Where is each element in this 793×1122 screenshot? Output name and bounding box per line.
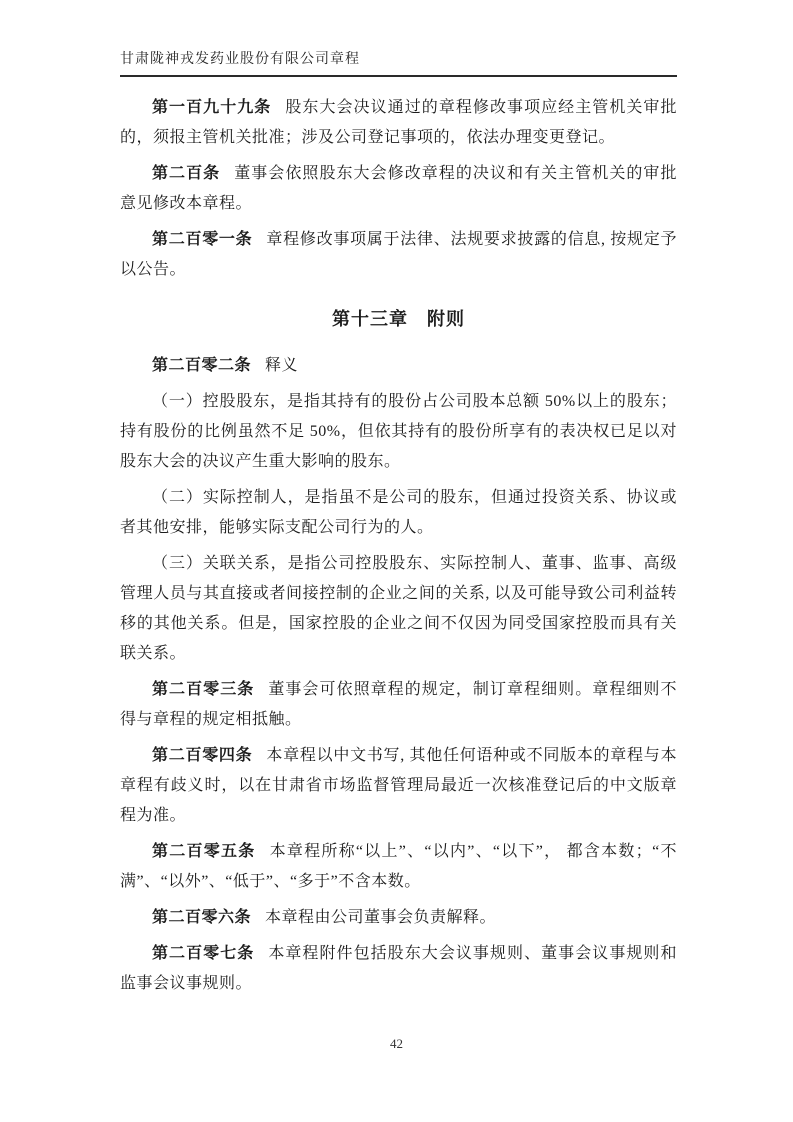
document-body: 第一百九十九条股东大会决议通过的章程修改事项应经主管机关审批的，须报主管机关批准… [120, 93, 677, 999]
article-number: 第一百九十九条 [152, 99, 271, 116]
article-paragraph: 第二百零二条释义 [120, 351, 677, 381]
definition-text: （一）控股股东，是指其持有的股份占公司股本总额 50%以上的股东；持有股份的比例… [120, 393, 677, 470]
article-number: 第二百零六条 [152, 909, 251, 926]
definition-item: （一）控股股东，是指其持有的股份占公司股本总额 50%以上的股东；持有股份的比例… [120, 387, 677, 477]
article-paragraph: 第一百九十九条股东大会决议通过的章程修改事项应经主管机关审批的，须报主管机关批准… [120, 93, 677, 153]
article-paragraph: 第二百零七条本章程附件包括股东大会议事规则、董事会议事规则和监事会议事规则。 [120, 939, 677, 999]
document-page: 甘肃陇神戎发药业股份有限公司章程 第一百九十九条股东大会决议通过的章程修改事项应… [0, 0, 793, 1122]
article-number: 第二百零五条 [152, 843, 256, 860]
chapter-heading: 第十三章 附则 [120, 303, 677, 335]
article-number: 第二百零一条 [152, 231, 252, 248]
definition-text: （二）实际控制人，是指虽不是公司的股东，但通过投资关系、协议或者其他安排，能够实… [120, 489, 677, 536]
article-paragraph: 第二百零三条董事会可依照章程的规定，制订章程细则。章程细则不得与章程的规定相抵触… [120, 675, 677, 735]
document-header: 甘肃陇神戎发药业股份有限公司章程 [120, 0, 677, 77]
article-number: 第二百零三条 [152, 681, 254, 698]
document-header-title: 甘肃陇神戎发药业股份有限公司章程 [120, 52, 360, 67]
page-content: 甘肃陇神戎发药业股份有限公司章程 第一百九十九条股东大会决议通过的章程修改事项应… [120, 0, 677, 999]
article-number: 第二百零七条 [152, 945, 254, 962]
definition-item: （三）关联关系，是指公司控股股东、实际控制人、董事、监事、高级管理人员与其直接或… [120, 549, 677, 669]
definition-item: （二）实际控制人，是指虽不是公司的股东，但通过投资关系、协议或者其他安排，能够实… [120, 483, 677, 543]
page-number: 42 [390, 1036, 403, 1051]
article-number: 第二百零四条 [152, 747, 252, 764]
article-number: 第二百零二条 [152, 357, 251, 374]
article-number: 第二百条 [152, 165, 220, 182]
article-paragraph: 第二百零五条本章程所称“以上”、“以内”、“以下”， 都含本数；“不满”、“以外… [120, 837, 677, 897]
article-paragraph: 第二百零六条本章程由公司董事会负责解释。 [120, 903, 677, 933]
article-paragraph: 第二百零一条章程修改事项属于法律、法规要求披露的信息, 按规定予以公告。 [120, 225, 677, 285]
article-text: 释义 [265, 357, 298, 374]
article-paragraph: 第二百零四条本章程以中文书写, 其他任何语种或不同版本的章程与本章程有歧义时，以… [120, 741, 677, 831]
definition-text: （三）关联关系，是指公司控股股东、实际控制人、董事、监事、高级管理人员与其直接或… [120, 555, 677, 662]
page-footer: 42 [0, 1036, 793, 1052]
article-text: 本章程由公司董事会负责解释。 [265, 909, 496, 926]
article-paragraph: 第二百条董事会依照股东大会修改章程的决议和有关主管机关的审批意见修改本章程。 [120, 159, 677, 219]
